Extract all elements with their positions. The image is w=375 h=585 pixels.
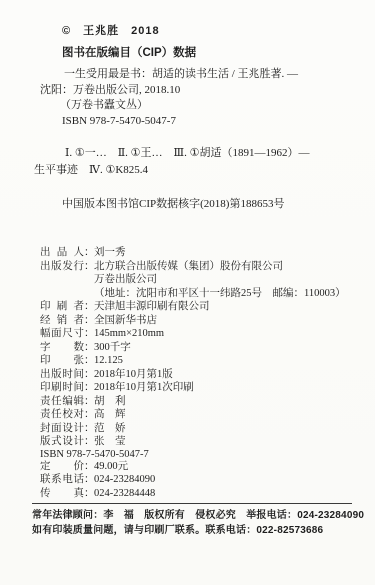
row-value: 49.00元 [94,460,360,474]
row-colon: ： [84,300,94,314]
row-colon: ： [84,354,94,368]
row-label: 责任编辑 [40,395,84,409]
colophon-row: 印刷时间：2018年10月第1次印刷 [40,381,360,395]
colophon-row: 出品人：刘一秀 [40,246,360,260]
row-colon: ： [84,341,94,355]
row-colon: ： [84,473,94,487]
row-colon: ： [84,435,94,449]
row-label: 印张 [40,354,84,368]
footer-block: 常年法律顾问：李 福 版权所有 侵权必究 举报电话：024-23284090 如… [32,508,360,538]
colophon-row: 联系电话：024-23284090 [40,473,360,487]
row-value: 024-23284090 [94,473,360,487]
row-colon: ： [84,422,94,436]
row-label: 出版发行 [40,260,84,274]
colophon-row: 版式设计：张 莹 [40,435,360,449]
colophon-row: 幅面尺寸：145mm×210mm [40,327,360,341]
print-quality-line: 如有印装质量问题，请与印刷厂联系。联系电话：022-82573686 [32,523,360,538]
row-colon: ： [84,408,94,422]
colophon-row: 责任编辑：胡 利 [40,395,360,409]
row-value: 2018年10月第1版 [94,368,360,382]
row-label: 经销者 [40,314,84,328]
row-colon: ： [84,487,94,501]
row-value: 024-23284448 [94,487,360,501]
row-colon: ： [84,368,94,382]
row-value: 张 莹 [94,435,360,449]
divider-rule [32,503,352,504]
cip-registration-number: 中国版本图书馆CIP数据核字(2018)第188653号 [62,196,360,212]
row-value: 北方联合出版传媒（集团）股份有限公司万卷出版公司（地址：沈阳市和平区十一纬路25… [94,260,360,301]
row-label: 字数 [40,341,84,355]
classification-line-2: 生平事迹 Ⅳ. ①K825.4 [34,162,360,179]
classification-block: Ⅰ. ①一… Ⅱ. ①王… Ⅲ. ①胡适（1891—1962）— 生平事迹 Ⅳ.… [40,145,360,179]
colophon-row: 传真：024-23284448 [40,487,360,501]
row-value: 300千字 [94,341,360,355]
cip-publisher-line: 沈阳：万卷出版公司, 2018.10 [40,83,360,99]
row-value: 范 娇 [94,422,360,436]
row-colon: ： [84,260,94,274]
row-label: 印刷者 [40,300,84,314]
row-label: 责任校对 [40,408,84,422]
row-value: 全国新华书店 [94,314,360,328]
row-colon: ： [84,246,94,260]
row-colon: ： [84,314,94,328]
cip-block: 一生受用最是书：胡适的读书生活 / 王兆胜著. — 沈阳：万卷出版公司, 201… [40,67,360,129]
row-label: 联系电话 [40,473,84,487]
row-value: 刘一秀 [94,246,360,260]
cip-title-line: 一生受用最是书：胡适的读书生活 / 王兆胜著. — [64,67,360,83]
row-colon: ： [84,327,94,341]
row-colon: ： [84,395,94,409]
colophon-row: 印刷者：天津旭丰源印刷有限公司 [40,300,360,314]
row-label: 幅面尺寸 [40,327,84,341]
legal-counsel-line: 常年法律顾问：李 福 版权所有 侵权必究 举报电话：024-23284090 [32,508,360,523]
colophon-row: 字数：300千字 [40,341,360,355]
row-value: 12.125 [94,354,360,368]
copyright-line: © 王兆胜 2018 [62,24,360,39]
row-label: 出版时间 [40,368,84,382]
row-value: 2018年10月第1次印刷 [94,381,360,395]
row-label: 传真 [40,487,84,501]
cip-header: 图书在版编目（CIP）数据 [62,46,360,61]
row-label: 版式设计 [40,435,84,449]
colophon-row: 出版时间：2018年10月第1版 [40,368,360,382]
row-label: 印刷时间 [40,381,84,395]
colophon-row: 印张：12.125 [40,354,360,368]
colophon-row: ISBN 978-7-5470-5047-7 [40,449,360,460]
colophon-row: 定价：49.00元 [40,460,360,474]
row-value: 天津旭丰源印刷有限公司 [94,300,360,314]
colophon-row: 出版发行：北方联合出版传媒（集团）股份有限公司万卷出版公司（地址：沈阳市和平区十… [40,260,360,301]
cip-isbn-line: ISBN 978-7-5470-5047-7 [62,114,360,130]
copyright-page: © 王兆胜 2018 图书在版编目（CIP）数据 一生受用最是书：胡适的读书生活… [0,0,375,585]
colophon-row: 封面设计：范 娇 [40,422,360,436]
row-label: 定价 [40,460,84,474]
row-label: 出品人 [40,246,84,260]
cip-series-line: （万卷书蠹文丛） [60,98,360,114]
row-label: 封面设计 [40,422,84,436]
colophon-row: 经销者：全国新华书店 [40,314,360,328]
row-value: 高 辉 [94,408,360,422]
row-value: 145mm×210mm [94,327,360,341]
colophon-row: 责任校对：高 辉 [40,408,360,422]
row-colon: ： [84,381,94,395]
row-colon: ： [84,460,94,474]
row-value: 胡 利 [94,395,360,409]
colophon-rows: 出品人：刘一秀出版发行：北方联合出版传媒（集团）股份有限公司万卷出版公司（地址：… [40,246,360,500]
classification-line-1: Ⅰ. ①一… Ⅱ. ①王… Ⅲ. ①胡适（1891—1962）— [65,145,360,162]
